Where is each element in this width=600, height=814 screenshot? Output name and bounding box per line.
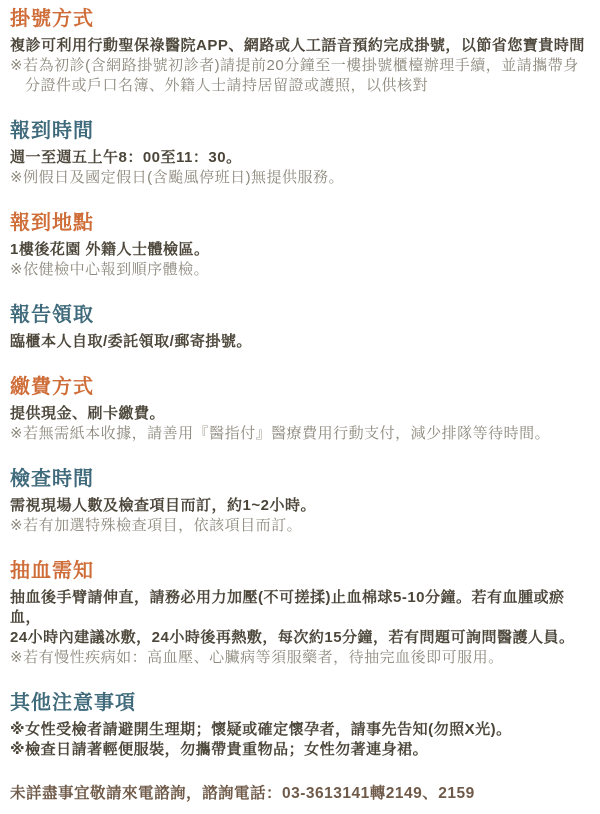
note-line: ※依健檢中心報到順序體檢。: [10, 260, 590, 280]
body-line: 週一至週五上午8：00至11：30。: [10, 148, 590, 168]
note-line: ※若無需紙本收據，請善用『醫指付』醫療費用行動支付，減少排隊等待時間。: [10, 424, 590, 444]
section-checkin-location: 報到地點 1樓後花園 外籍人士體檢區。 ※依健檢中心報到順序體檢。: [10, 212, 590, 280]
section-title: 掛號方式: [10, 8, 590, 30]
section-checkin-time: 報到時間 週一至週五上午8：00至11：30。 ※例假日及國定假日(含颱風停班日…: [10, 120, 590, 188]
section-exam-duration: 檢查時間 需視現場人數及檢查項目而訂，約1~2小時。 ※若有加選特殊檢查項目，依…: [10, 468, 590, 536]
section-title: 檢查時間: [10, 468, 590, 490]
section-title: 報到地點: [10, 212, 590, 234]
body-line: 24小時內建議冰敷，24小時後再熱敷，每次約15分鐘，若有問題可詢問醫護人員。: [10, 628, 590, 648]
section-payment-method: 繳費方式 提供現金、刷卡繳費。 ※若無需紙本收據，請善用『醫指付』醫療費用行動支…: [10, 376, 590, 444]
body-line: 1樓後花園 外籍人士體檢區。: [10, 240, 590, 260]
note-line: ※若為初診(含網路掛號初診者)請提前20分鐘至一樓掛號櫃檯辦理手續，並請攜帶身: [10, 56, 590, 76]
note-line-continuation: 分證件或戶口名簿、外籍人士請持居留證或護照，以供核對: [10, 76, 590, 96]
body-line: 抽血後手臂請伸直，請務必用力加壓(不可搓揉)止血棉球5-10分鐘。若有血腫或瘀血…: [10, 588, 590, 628]
page-content: 掛號方式 複診可利用行動聖保祿醫院APP、網路或人工語音預約完成掛號，以節省您寶…: [0, 0, 600, 814]
body-line: ※女性受檢者請避開生理期；懷疑或確定懷孕者，請事先告知(勿照X光)。: [10, 720, 590, 740]
body-line: 提供現金、刷卡繳費。: [10, 404, 590, 424]
section-title: 繳費方式: [10, 376, 590, 398]
note-line: ※若有加選特殊檢查項目，依該項目而訂。: [10, 516, 590, 536]
note-line: ※若有慢性疾病如：高血壓、心臟病等須服藥者，待抽完血後即可服用。: [10, 648, 590, 668]
section-other-notes: 其他注意事項 ※女性受檢者請避開生理期；懷疑或確定懷孕者，請事先告知(勿照X光)…: [10, 692, 590, 760]
body-line: 需視現場人數及檢查項目而訂，約1~2小時。: [10, 496, 590, 516]
body-line: ※檢查日請著輕便服裝，勿攜帶貴重物品；女性勿著連身裙。: [10, 740, 590, 760]
body-line: 臨櫃本人自取/委託領取/郵寄掛號。: [10, 332, 590, 352]
section-registration-method: 掛號方式 複診可利用行動聖保祿醫院APP、網路或人工語音預約完成掛號，以節省您寶…: [10, 8, 590, 96]
section-title: 抽血需知: [10, 560, 590, 582]
section-report-pickup: 報告領取 臨櫃本人自取/委託領取/郵寄掛號。: [10, 304, 590, 352]
section-blood-draw-notice: 抽血需知 抽血後手臂請伸直，請務必用力加壓(不可搓揉)止血棉球5-10分鐘。若有…: [10, 560, 590, 668]
section-title: 報告領取: [10, 304, 590, 326]
contact-phone-note: 未詳盡事宜敬請來電諮詢，諮詢電話：03-3613141轉2149、2159: [10, 784, 590, 804]
section-title: 報到時間: [10, 120, 590, 142]
body-line: 複診可利用行動聖保祿醫院APP、網路或人工語音預約完成掛號，以節省您寶貴時間: [10, 36, 590, 56]
section-title: 其他注意事項: [10, 692, 590, 714]
note-line: ※例假日及國定假日(含颱風停班日)無提供服務。: [10, 168, 590, 188]
